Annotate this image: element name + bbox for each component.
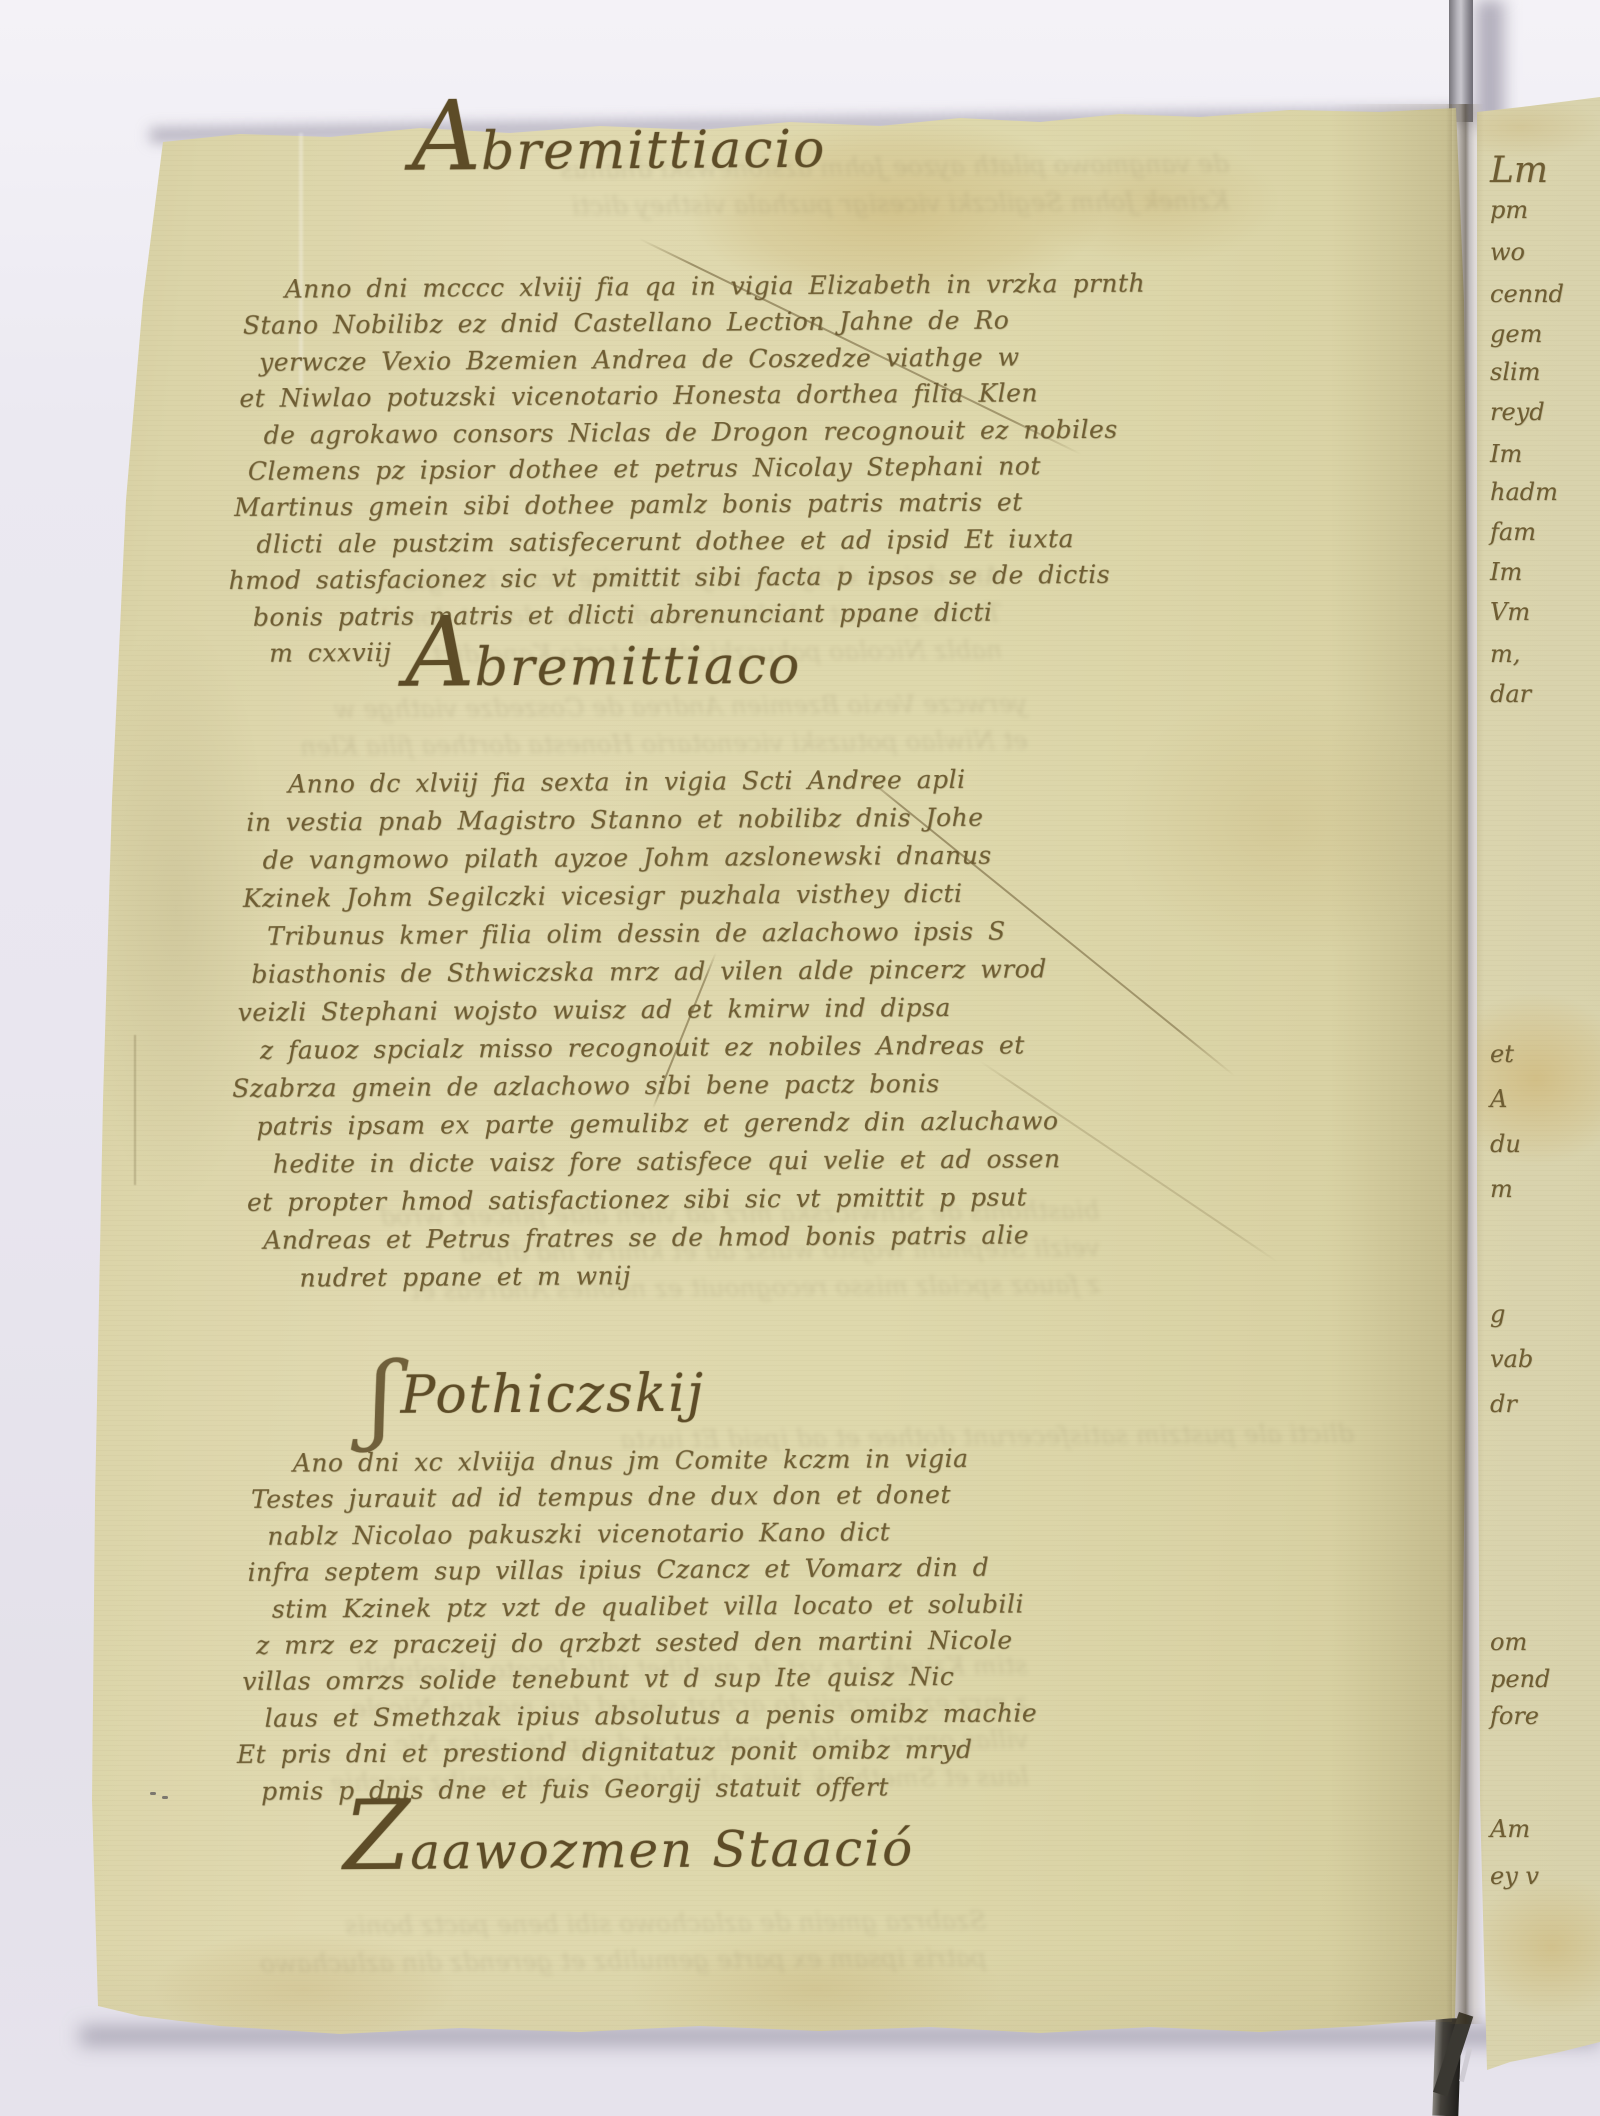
entry-paragraph-1: Anno dni mcccc xlviij fia qa in vigia El… [232,266,1147,673]
entry-heading-1: Abremittiacio [411,120,826,183]
manuscript-line: Et pris dni et prestiond dignitatuz poni… [237,1732,1038,1774]
manuscript-scan: de vangmowo pilath ayzoe Johm azslonewsk… [0,0,1600,2116]
manuscript-line: yerwcze Vexio Bzemien Andrea de Coszedze… [259,338,1146,381]
facing-page-fragment: vab [1490,1345,1533,1373]
manuscript-line: nudret ppane et m wnij [299,1254,1061,1297]
manuscript-line: Ano dni xc xlviija dnus jm Comite kczm i… [293,1440,1036,1482]
manuscript-line: Stano Nobilibz ez dnid Castellano Lectio… [243,302,1146,345]
facing-page-fragment: cennd [1490,280,1564,308]
facing-page-fragment: slim [1490,358,1540,386]
entry-heading-2: Abremittiaco [405,636,801,699]
manuscript-line: villas omrzs solide tenebunt vt d sup It… [242,1659,1037,1701]
facing-page-fragment: ey v [1490,1862,1539,1890]
manuscript-line: hmod satisfacionez sic vt pmittit sibi f… [229,557,1148,600]
facing-page-fragment: gem [1490,320,1542,348]
facing-page-fragment: A [1490,1085,1507,1113]
manuscript-line: et propter hmod satisfactionez sibi sic … [247,1178,1061,1222]
facing-page-fragment: m, [1490,640,1520,668]
manuscript-line: Tribunus kmer filia olim dessin de azlac… [267,912,1059,956]
manuscript-line: et Niwlao potuzski vicenotario Honesta d… [239,375,1146,418]
facing-page-fragment: du [1490,1130,1521,1158]
manuscript-line: veizli Stephani wojsto wuisz ad et kmirw… [238,988,1060,1032]
facing-page-fragment: dr [1490,1390,1517,1418]
facing-page-fragment: Vm [1490,598,1530,626]
entry-heading-4: Zaawozmen Staació [343,1819,914,1881]
facing-page-fragment: hadm [1490,478,1558,506]
manuscript-line: infra septem sup villas ipius Czancz et … [247,1550,1036,1592]
entry-heading-3: Pothiczskij [368,1309,706,1439]
manuscript-line: Anno dc xlviij fia sexta in vigia Scti A… [288,760,1058,803]
facing-page-fragment: m [1490,1175,1513,1203]
manuscript-line: Andreas et Petrus fratres se de hmod bon… [263,1216,1061,1260]
facing-page-fragment: wo [1490,238,1525,266]
facing-page-fragment: g [1490,1300,1505,1328]
manuscript-line: de vangmowo pilath ayzoe Johm azslonewsk… [262,836,1058,880]
manuscript-line: Kzinek Johm Segilczki vicesigr puzhala v… [243,874,1059,918]
manuscript-line: Martinus gmein sibi dothee pamlz bonis p… [234,484,1147,527]
manuscript-line: stim Kzinek ptz vzt de qualibet villa lo… [272,1586,1037,1628]
entry-paragraph-2: Anno dc xlviij fia sexta in vigia Scti A… [236,760,1062,1298]
facing-page-fragment: pend [1490,1665,1550,1693]
facing-page-fragment: dar [1490,680,1531,708]
manuscript-line: de agrokawo consors Niclas de Drogon rec… [264,411,1147,454]
facing-page-fragment: pm [1490,196,1528,224]
facing-page-fragment: reyd [1490,398,1545,426]
facing-page-fragment: Lm [1490,150,1548,191]
manuscript-line: Testes jurauit ad id tempus dne dux don … [251,1477,1036,1519]
manuscript-line: Szabrza gmein de azlachowo sibi bene pac… [232,1064,1060,1108]
facing-page-fragment: fore [1490,1702,1539,1730]
manuscript-line: nablz Nicolao pakuszki vicenotario Kano … [267,1513,1036,1555]
facing-page-text-fragments: LmpmwocenndgemslimreydImhadmfamImVmm,dar… [1486,0,1598,2116]
manuscript-line: patris ipsam ex parte gemulibz et gerend… [256,1102,1060,1146]
entry-paragraph-3: Ano dni xc xlviija dnus jm Comite kczm i… [241,1440,1038,1810]
facing-page-fragment: fam [1490,518,1536,546]
manuscript-line: bonis patris matris et dlicti abrenuncia… [253,593,1148,636]
manuscript-line: dlicti ale pustzim satisfecerunt dothee … [256,520,1147,563]
facing-page-fragment: Im [1490,558,1522,586]
facing-page-fragment: Am [1490,1815,1530,1843]
manuscript-line: Clemens pz ipsior dothee et petrus Nicol… [248,448,1147,491]
facing-page-fragment: om [1490,1628,1527,1656]
facing-page-fragment: et [1490,1040,1514,1068]
manuscript-line: z mrz ez praczeij do qrzbzt sested den m… [256,1622,1037,1664]
facing-page-fragment: Im [1490,440,1522,468]
manuscript-line: hedite in dicte vaisz fore satisfece qui… [273,1140,1061,1183]
manuscript-line: laus et Smethzak ipius absolutus a penis… [264,1695,1037,1737]
manuscript-line: biasthonis de Sthwiczska mrz ad vilen al… [251,950,1059,994]
manuscript-line: z fauoz spcialz misso recognouit ez nobi… [260,1026,1060,1070]
manuscript-line: Anno dni mcccc xlviij fia qa in vigia El… [284,266,1145,308]
